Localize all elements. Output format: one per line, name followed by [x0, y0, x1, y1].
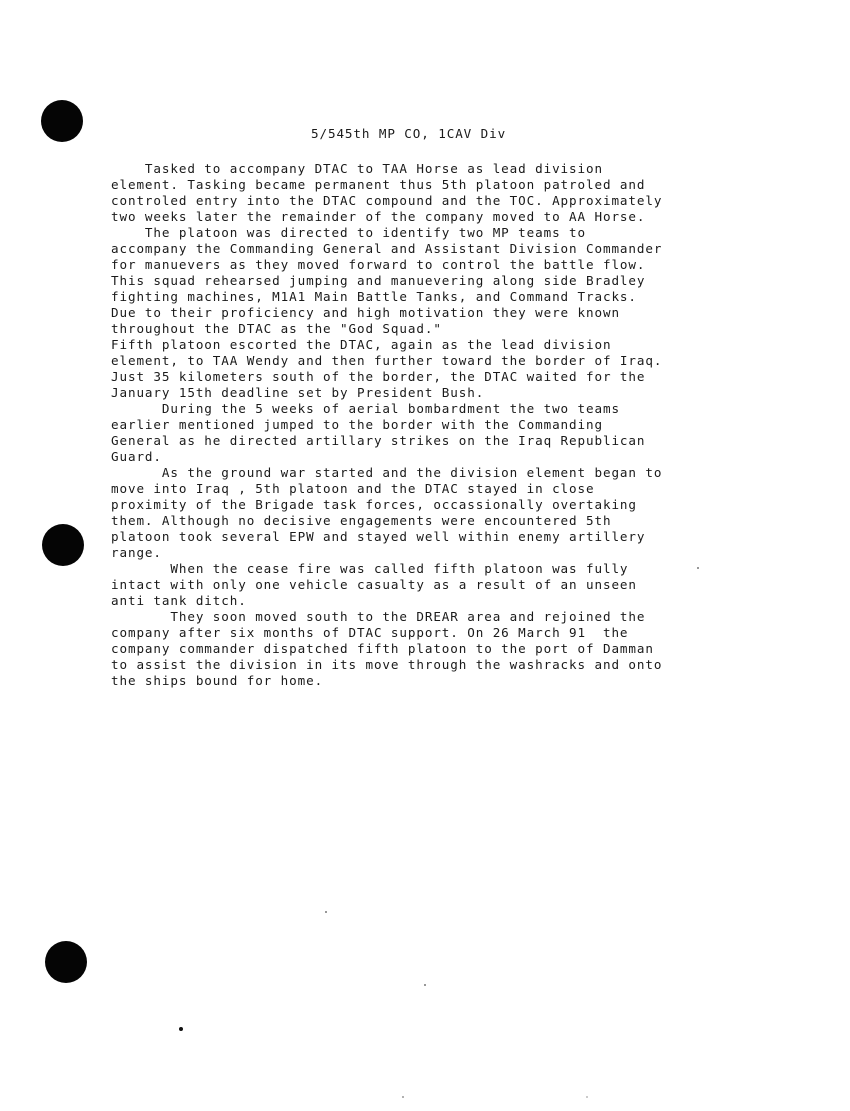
body-line: for manuevers as they moved forward to c… — [111, 257, 791, 273]
body-line: intact with only one vehicle casualty as… — [111, 577, 791, 593]
body-line: accompany the Commanding General and Ass… — [111, 241, 791, 257]
body-line: This squad rehearsed jumping and manueve… — [111, 273, 791, 289]
body-line: earlier mentioned jumped to the border w… — [111, 417, 791, 433]
body-line: The platoon was directed to identify two… — [111, 225, 791, 241]
body-line: fighting machines, M1A1 Main Battle Tank… — [111, 289, 791, 305]
body-line: Fifth platoon escorted the DTAC, again a… — [111, 337, 791, 353]
body-line: General as he directed artillary strikes… — [111, 433, 791, 449]
scan-speck — [424, 984, 426, 986]
body-line: to assist the division in its move throu… — [111, 657, 791, 673]
body-line: platoon took several EPW and stayed well… — [111, 529, 791, 545]
body-line: Due to their proficiency and high motiva… — [111, 305, 791, 321]
body-line: two weeks later the remainder of the com… — [111, 209, 791, 225]
body-line: element, to TAA Wendy and then further t… — [111, 353, 791, 369]
body-line: them. Although no decisive engagements w… — [111, 513, 791, 529]
body-line: company after six months of DTAC support… — [111, 625, 791, 641]
body-line: January 15th deadline set by President B… — [111, 385, 791, 401]
punch-hole-top — [41, 100, 83, 142]
body-line: Tasked to accompany DTAC to TAA Horse as… — [111, 161, 791, 177]
body-line: throughout the DTAC as the "God Squad." — [111, 321, 791, 337]
body-line: range. — [111, 545, 791, 561]
body-line: As the ground war started and the divisi… — [111, 465, 791, 481]
document-title: 5/545th MP CO, 1CAV Div — [311, 127, 506, 141]
scan-speck — [325, 911, 327, 913]
scanned-document-page: 5/545th MP CO, 1CAV Div Tasked to accomp… — [0, 0, 850, 1111]
body-line: company commander dispatched fifth plato… — [111, 641, 791, 657]
punch-hole-bottom — [45, 941, 87, 983]
body-line: move into Iraq , 5th platoon and the DTA… — [111, 481, 791, 497]
body-line: During the 5 weeks of aerial bombardment… — [111, 401, 791, 417]
body-line: Just 35 kilometers south of the border, … — [111, 369, 791, 385]
body-line: anti tank ditch. — [111, 593, 791, 609]
body-line: the ships bound for home. — [111, 673, 791, 689]
body-line: proximity of the Brigade task forces, oc… — [111, 497, 791, 513]
punch-hole-middle — [42, 524, 84, 566]
scan-speck — [179, 1027, 183, 1031]
scan-speck — [402, 1096, 404, 1098]
scan-speck — [586, 1096, 588, 1098]
body-line: When the cease fire was called fifth pla… — [111, 561, 791, 577]
document-body: Tasked to accompany DTAC to TAA Horse as… — [111, 161, 791, 689]
body-line: controled entry into the DTAC compound a… — [111, 193, 791, 209]
body-line: element. Tasking became permanent thus 5… — [111, 177, 791, 193]
body-line: Guard. — [111, 449, 791, 465]
body-line: They soon moved south to the DREAR area … — [111, 609, 791, 625]
